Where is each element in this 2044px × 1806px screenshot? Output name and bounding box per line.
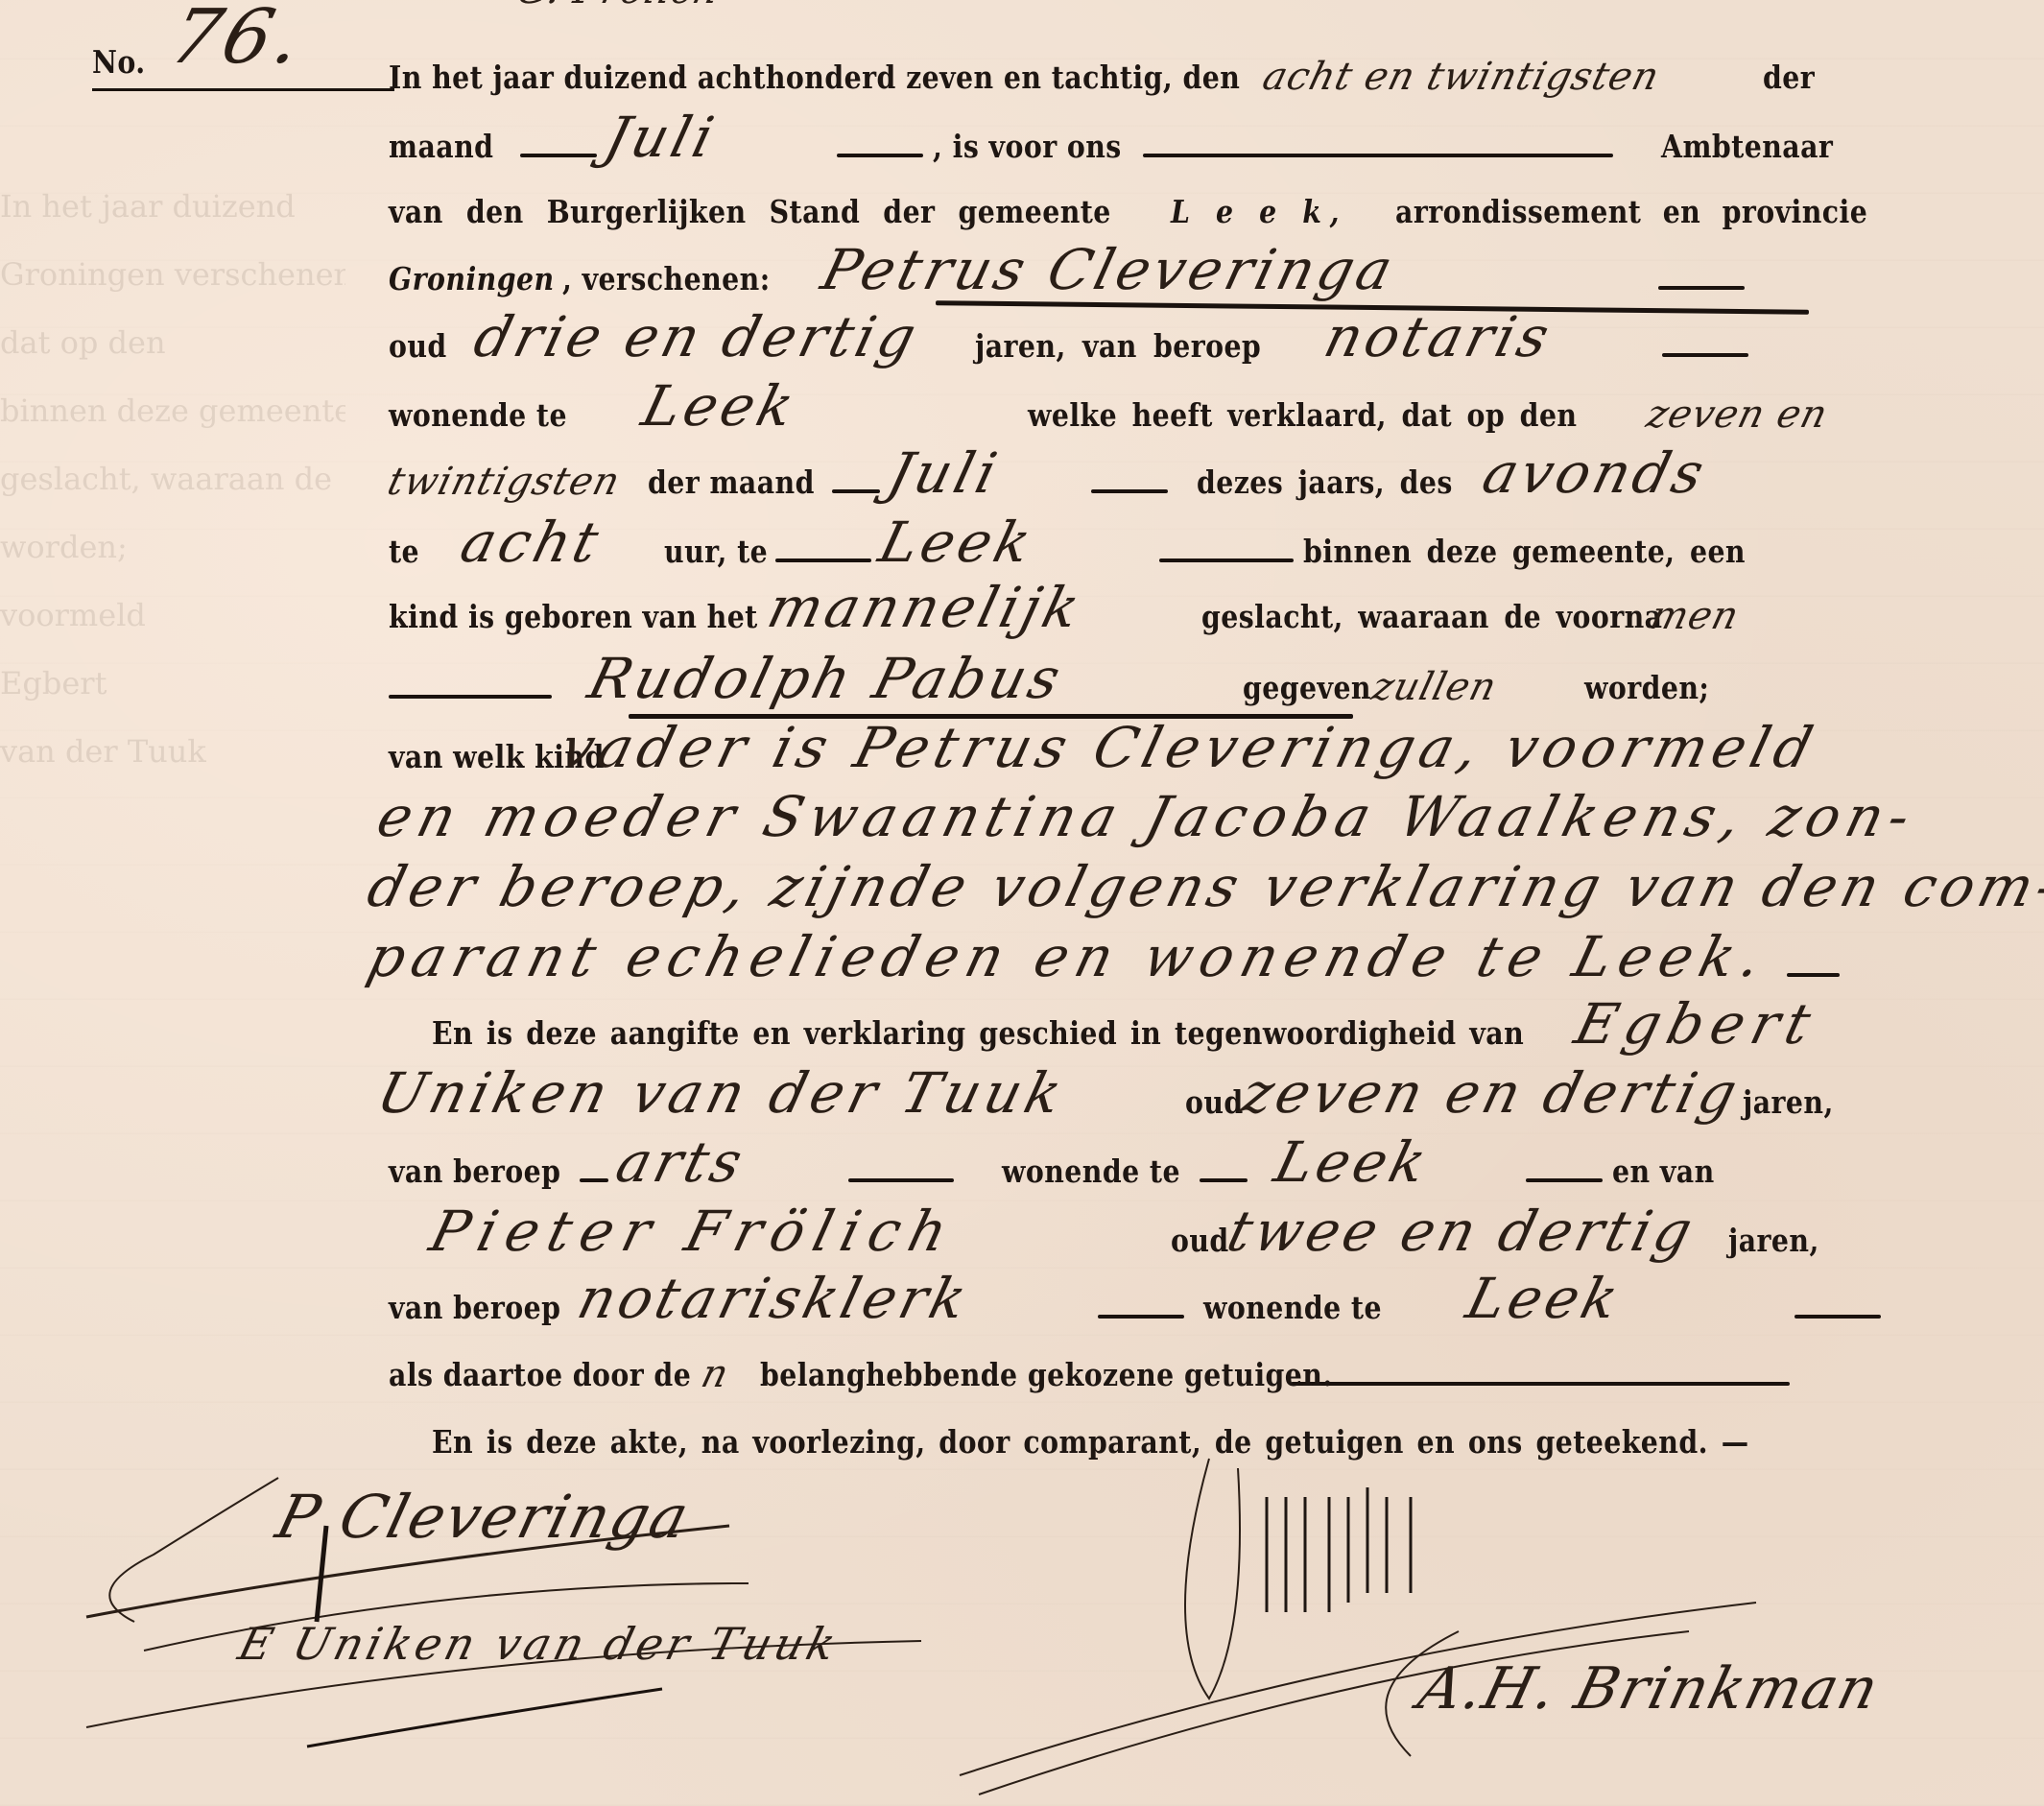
bleed-line: Groningen verschenen [0, 241, 345, 309]
fill-rule [389, 695, 552, 699]
line-14: parant echelieden en wonende te Leek. [369, 927, 1958, 985]
fill-rule [832, 489, 880, 493]
line-10: Rudolph Pabus gegeven zullen worden; [389, 649, 1958, 706]
line-12: en moeder Swaantina Jacoba Waalkens, zon… [379, 787, 1958, 844]
printed-text: arrondissement en provincie [1395, 193, 1867, 230]
hand-hour: acht [456, 514, 671, 570]
bleed-line: geslacht, waaraan de [0, 445, 345, 513]
line-7: twintigsten der maand Juli dezes jaars, … [389, 443, 1958, 501]
hand-declarant: Petrus Cleveringa [816, 242, 1654, 297]
hand-witness2-name: Pieter Frölich [425, 1203, 1273, 1259]
printed-text: te [389, 533, 419, 570]
line-15: En is deze aangifte en verklaring geschi… [432, 994, 1958, 1052]
line-4: Groningen , verschenen: Petrus Clevering… [389, 240, 1958, 297]
line-11: van welk kind vader is Petrus Cleveringa… [389, 718, 1958, 775]
printed-text: jaren, [1728, 1222, 1819, 1259]
number-rule [92, 88, 394, 91]
printed-text: En is deze aangifte en verklaring geschi… [432, 1014, 1524, 1052]
bleed-line: binnen deze gemeente [0, 377, 345, 445]
hand-suffix: men [1647, 597, 1743, 635]
line-5: oud drie en dertig jaren, van beroep not… [389, 307, 1958, 365]
printed-text: en van [1612, 1153, 1715, 1190]
hand-witness2-occupation: notarisklerk [572, 1271, 1094, 1326]
top-handwritten-name: G. Frolich [513, 0, 725, 10]
printed-text: binnen deze gemeente, een [1303, 533, 1746, 570]
hand-parents-4: parant echelieden en wonende te Leek. [363, 929, 1774, 985]
signature-witness-1: E Uniken van der Tuuk [86, 1612, 950, 1785]
hand-witness1-occupation: arts [610, 1134, 844, 1190]
hand-occupation: notaris [1319, 309, 1659, 365]
line-9: kind is geboren van het mannelijk geslac… [389, 578, 1958, 635]
bleed-line: worden; [0, 513, 345, 582]
hand-witness1-first: Egbert [1570, 996, 1823, 1052]
certificate-number: 76. [163, 0, 312, 75]
printed-text: als daartoe door de [389, 1356, 691, 1393]
printed-text: uur, te [664, 533, 768, 570]
fill-rule [1662, 353, 1748, 357]
fill-rule [1658, 286, 1745, 290]
hand-witness1-residence: Leek [1270, 1134, 1523, 1190]
printed-text: geslacht, waaraan de voorna [1201, 598, 1662, 635]
printed-text: , verschenen: [562, 260, 771, 297]
hand-sex: mannelijk [763, 580, 1208, 635]
fill-rule [1526, 1178, 1603, 1182]
hand-birth-place: Leek [874, 514, 1156, 570]
printed-text: gegeven [1243, 669, 1371, 706]
hand-witness2-residence: Leek [1462, 1271, 1792, 1326]
number-label: No. [92, 43, 146, 81]
hand-zullen: zullen [1368, 668, 1589, 706]
signature-text: P Cleveringa [271, 1487, 696, 1547]
line-13: der beroep, zijnde volgens verklaring va… [369, 857, 1958, 915]
fill-rule [1291, 1382, 1790, 1386]
line-18: Pieter Frölich oud twee en dertig jaren, [432, 1201, 1958, 1259]
fill-rule [580, 1178, 608, 1182]
line-20: als daartoe door de n belanghebbende gek… [389, 1336, 1958, 1393]
printed-text: wonende te [1002, 1153, 1180, 1190]
fill-rule [1159, 558, 1294, 562]
bleed-line: dat op den [0, 309, 345, 377]
printed-text: oud [389, 327, 447, 365]
fill-rule [1794, 1315, 1881, 1319]
fill-rule [837, 154, 923, 157]
printed-text: jaren, van beroep [975, 327, 1261, 365]
fill-rule [848, 1178, 954, 1182]
printed-text: jaren, [1743, 1083, 1834, 1121]
line-3: van den Burgerlijken Stand der gemeente … [389, 173, 1958, 230]
printed-text: welke heeft verklaard, dat op den [1028, 396, 1577, 434]
printed-text: In het jaar duizend achthonderd zeven en… [389, 59, 1240, 96]
printed-municipality: L e e k, [1171, 193, 1347, 230]
printed-text: worden; [1584, 669, 1709, 706]
printed-text: wonende te [1203, 1289, 1382, 1326]
fill-rule [775, 558, 871, 562]
printed-text: belanghebbende gekozene getuigen. [760, 1356, 1333, 1393]
printed-text: van beroep [389, 1153, 560, 1190]
printed-text: maand [389, 128, 493, 165]
printed-text: wonende te [389, 396, 567, 434]
line-19: van beroep notarisklerk wonende te Leek [389, 1269, 1958, 1326]
bleed-line: voormeld [0, 582, 345, 650]
printed-text: van beroep [389, 1289, 560, 1326]
fill-rule [1098, 1315, 1184, 1319]
bleed-line: In het jaar duizend [0, 173, 345, 241]
line-16: Uniken van der Tuuk oud zeven en dertig … [379, 1063, 1958, 1121]
printed-text: oud [1185, 1083, 1244, 1121]
line-2: maand Juli , is voor ons Ambtenaar [389, 107, 1958, 165]
hand-parents-2: en moeder Swaantina Jacoba Waalkens, zon… [372, 789, 1922, 844]
hand-time-of-day: avonds [1478, 445, 1713, 501]
printed-text: oud [1171, 1222, 1229, 1259]
hand-witness1-age: zeven en dertig [1236, 1065, 1748, 1121]
signature-text: E Uniken van der Tuuk [234, 1622, 844, 1666]
hand-parents-1: vader is Petrus Cleveringa, voormeld [556, 720, 1823, 775]
hand-n: n [698, 1355, 765, 1393]
bleed-line: van der Tuuk [0, 718, 345, 786]
hand-residence: Leek [637, 378, 1034, 434]
printed-text: der maand [648, 463, 815, 501]
fill-rule [1143, 154, 1613, 157]
fill-rule [1091, 489, 1168, 493]
hand-birth-day-b: twintigsten [384, 463, 653, 501]
printed-text: dezes jaars, des [1197, 463, 1453, 501]
hand-parents-3: der beroep, zijnde volgens verklaring va… [363, 859, 2044, 915]
line-6: wonende te Leek welke heeft verklaard, d… [389, 376, 1958, 434]
printed-text: kind is geboren van het [389, 598, 758, 635]
line-8: te acht uur, te Leek binnen deze gemeent… [389, 512, 1958, 570]
fill-rule [1787, 973, 1840, 977]
signature-registrar: A.H. Brinkman [960, 1555, 1919, 1804]
hand-age: drie en dertig [468, 309, 981, 365]
hand-witness1-last: Uniken van der Tuuk [372, 1065, 1249, 1121]
line-1: In het jaar duizend achthonderd zeven en… [389, 38, 1958, 96]
hand-witness2-age: twee en dertig [1222, 1203, 1734, 1259]
printed-text: der [1763, 59, 1815, 96]
hand-birth-day-a: zeven en [1643, 395, 1832, 434]
fill-rule [520, 154, 597, 157]
hand-month: Juli [600, 109, 834, 165]
birth-certificate-page: In het jaar duizend Groningen verschenen… [0, 0, 2044, 1806]
printed-province: Groningen [389, 260, 555, 297]
hand-birth-month: Juli [883, 445, 1088, 501]
printed-text: , is voor ons [933, 128, 1122, 165]
line-17: van beroep arts wonende te Leek en van [389, 1132, 1958, 1190]
printed-text: Ambtenaar [1661, 128, 1833, 165]
bleed-line: Egbert [0, 650, 345, 718]
signature-text: A.H. Brinkman [1414, 1660, 1886, 1718]
signature-declarant: P Cleveringa [77, 1449, 749, 1622]
hand-day: acht en twintigsten [1259, 58, 1768, 96]
printed-text: van den Burgerlijken Stand der gemeente [389, 193, 1111, 230]
hand-child-name: Rudolph Pabus [583, 651, 1249, 706]
fill-rule [1200, 1178, 1248, 1182]
